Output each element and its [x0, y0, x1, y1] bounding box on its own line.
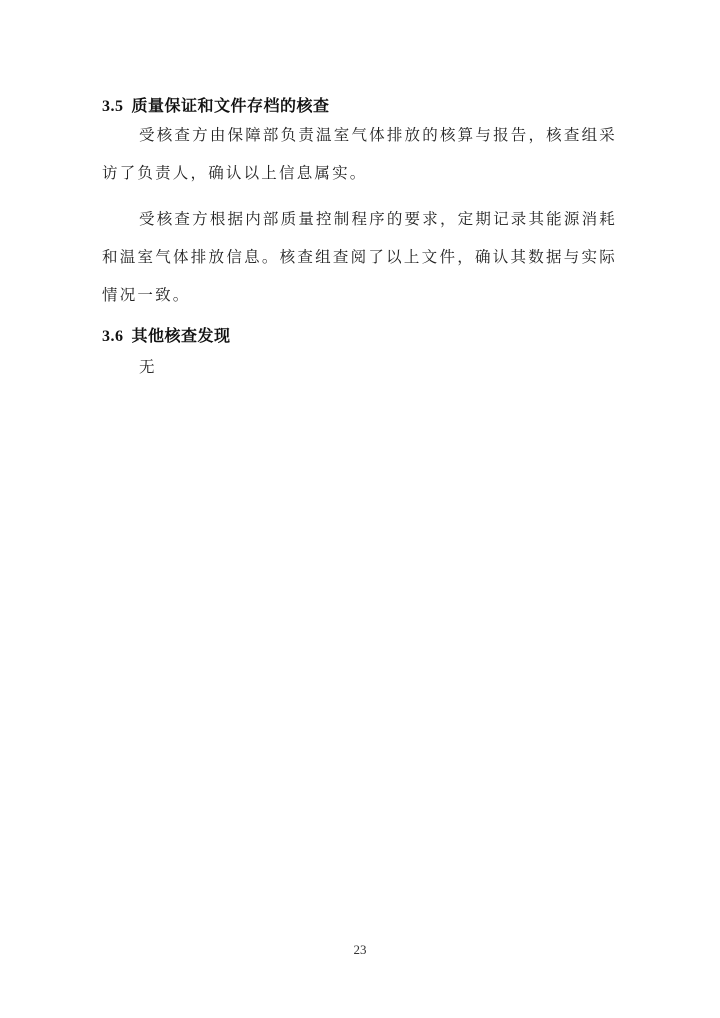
- document-page: 3.5质量保证和文件存档的核查 受核查方由保障部负责温室气体排放的核算与报告，核…: [0, 0, 720, 1018]
- section-heading-3-5: 3.5质量保证和文件存档的核查: [102, 93, 330, 116]
- section-number: 3.5: [102, 98, 124, 115]
- paragraph-qa-responsibility: 受核查方由保障部负责温室气体排放的核算与报告，核查组采访了负责人，确认以上信息属…: [102, 116, 617, 192]
- paragraph-qc-records: 受核查方根据内部质量控制程序的要求，定期记录其能源消耗和温室气体排放信息。核查组…: [102, 200, 617, 314]
- page-number: 23: [0, 942, 720, 958]
- section-title: 质量保证和文件存档的核查: [132, 96, 330, 115]
- section-title: 其他核查发现: [132, 326, 231, 345]
- paragraph-other-findings: 无: [102, 348, 617, 386]
- section-number: 3.6: [102, 328, 124, 345]
- section-heading-3-6: 3.6其他核查发现: [102, 323, 231, 346]
